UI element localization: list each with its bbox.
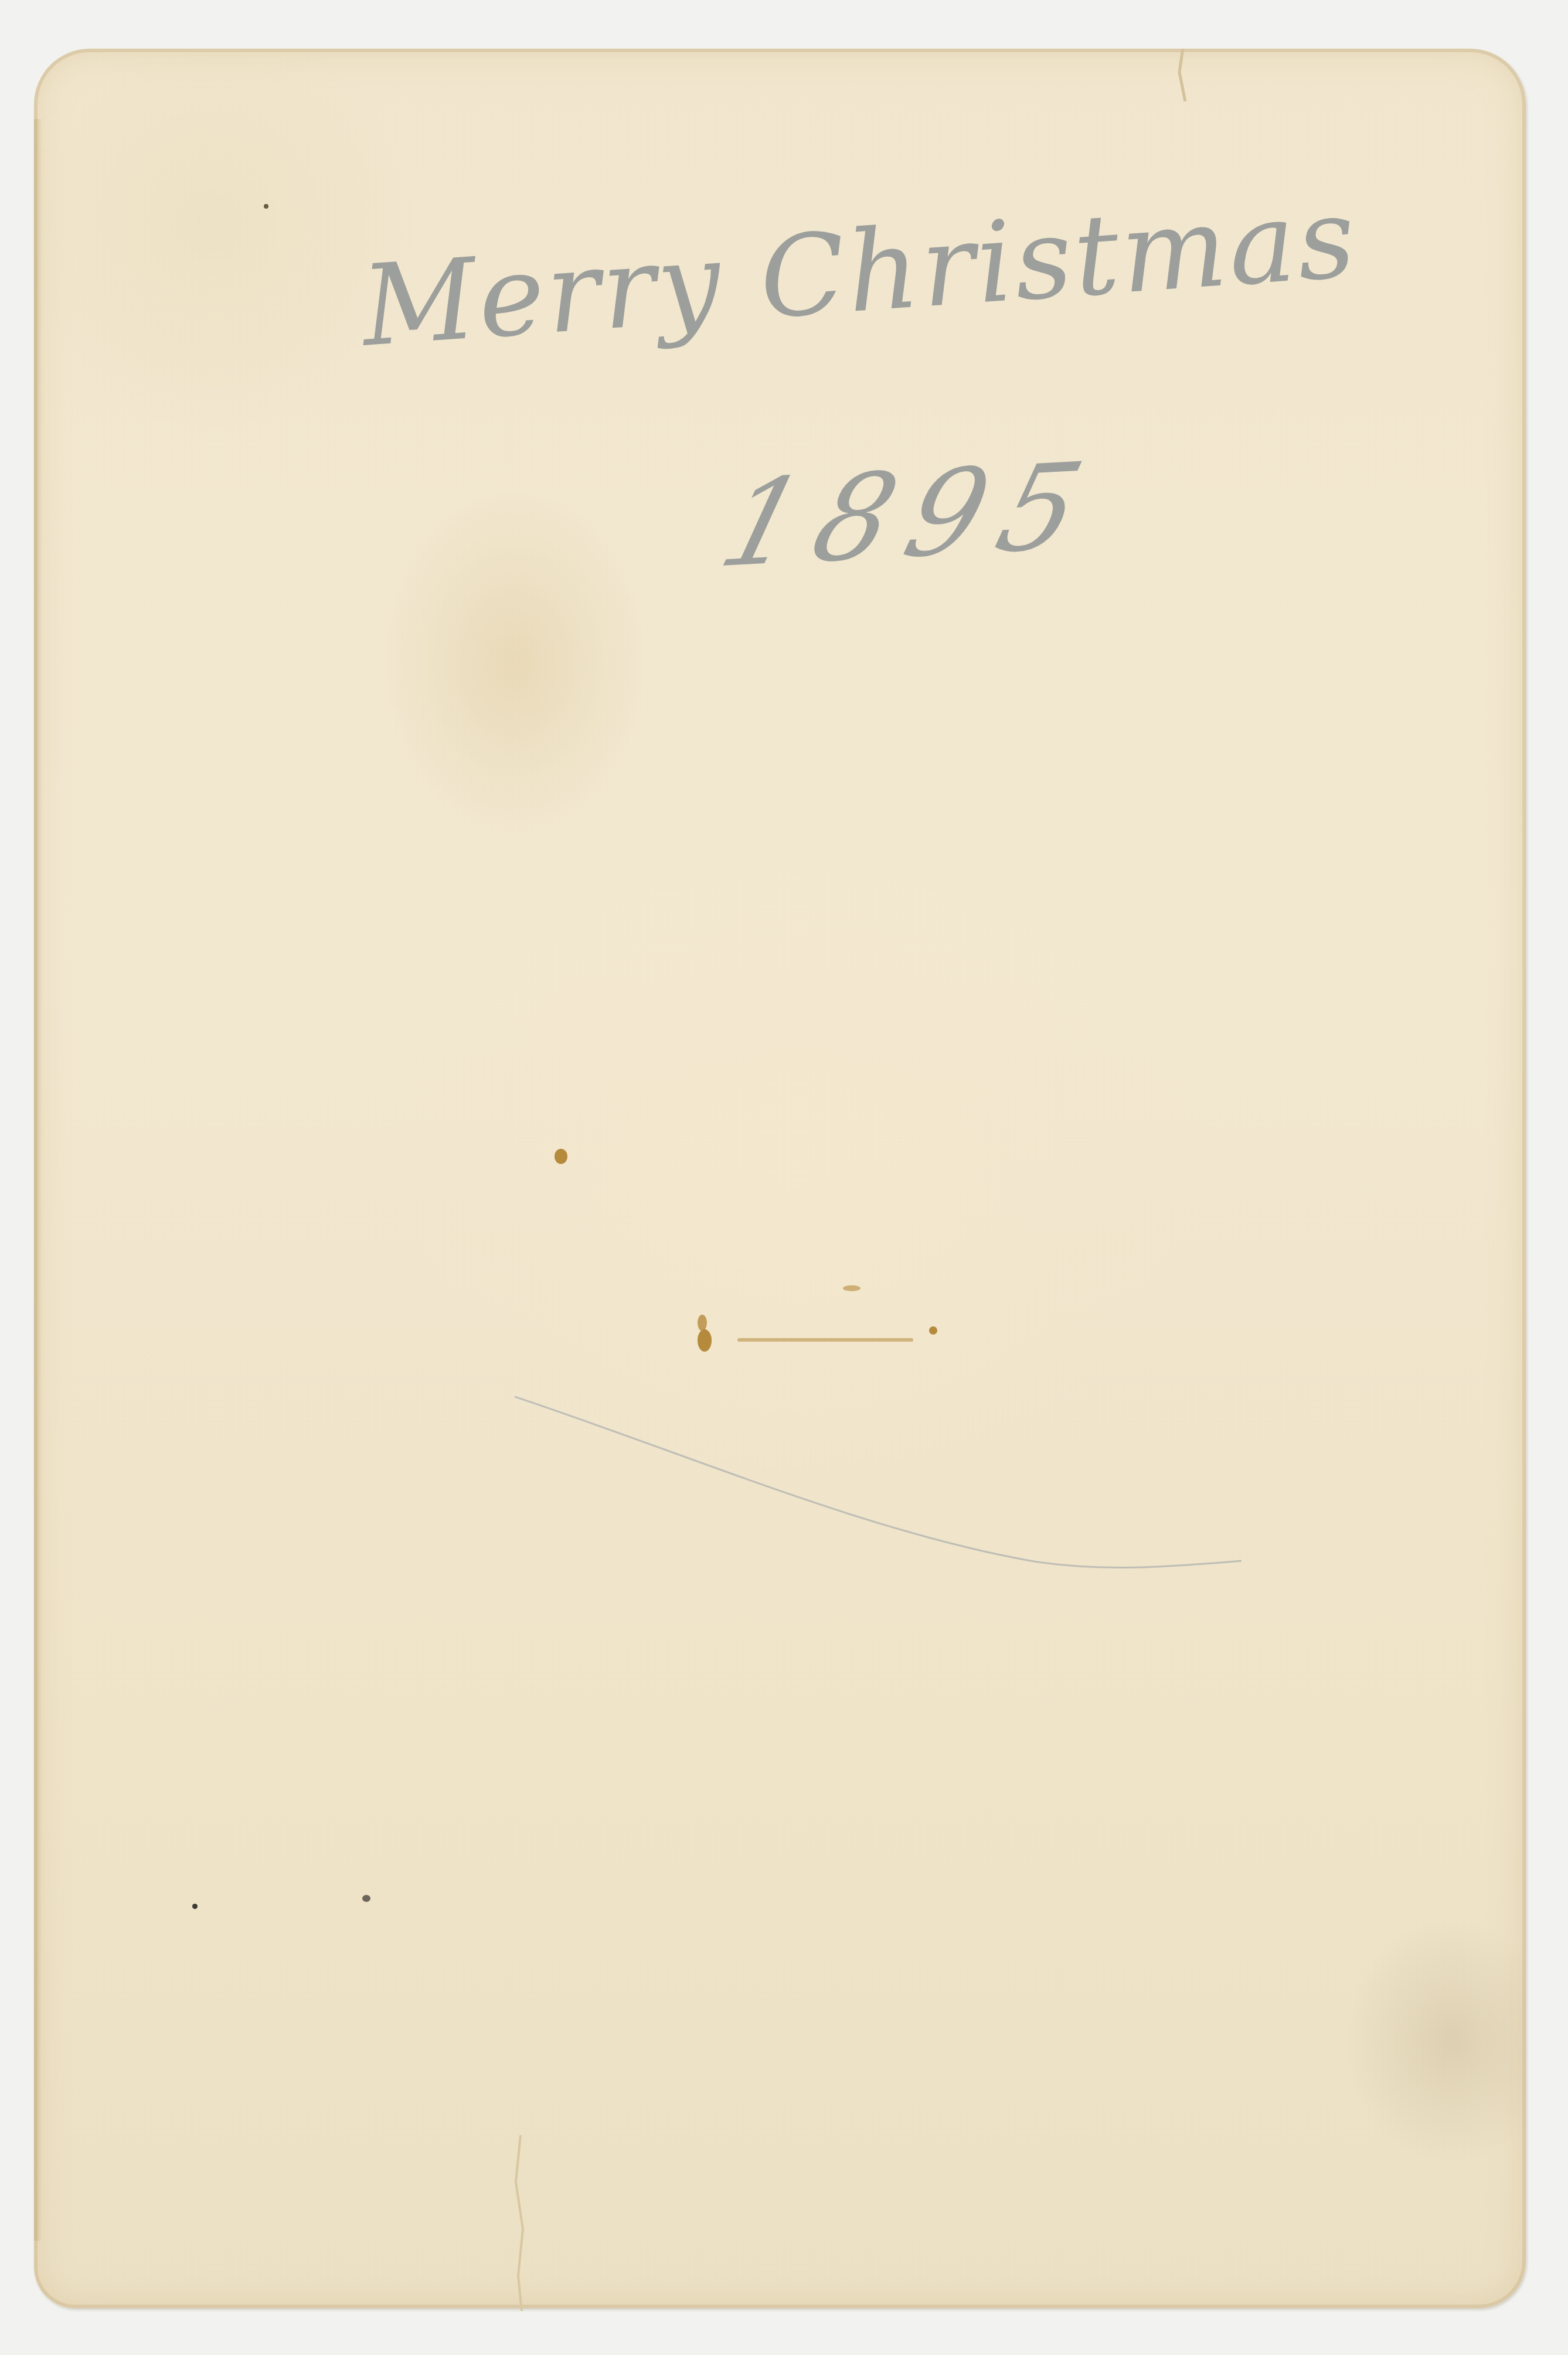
bottom-tear [503,2135,538,2311]
handwritten-year: 1895 [708,437,1113,595]
foxing-spot [192,1904,198,1909]
foxing-spot [929,1326,937,1335]
stray-pencil-line [515,1385,1247,1578]
foxing-spot [843,1285,860,1291]
handwritten-greeting: Merry Christmas [358,173,1361,372]
foxing-spot [737,1338,913,1342]
card-edge-wear [34,119,42,2241]
top-crease [1171,49,1195,101]
foxing-spot [698,1315,707,1331]
foxing-spot [555,1149,567,1164]
foxing-spot [264,204,268,209]
foxing-spot [362,1895,370,1902]
card-back: Merry Christmas 1895 [34,49,1526,2308]
foxing-spot [698,1329,712,1352]
